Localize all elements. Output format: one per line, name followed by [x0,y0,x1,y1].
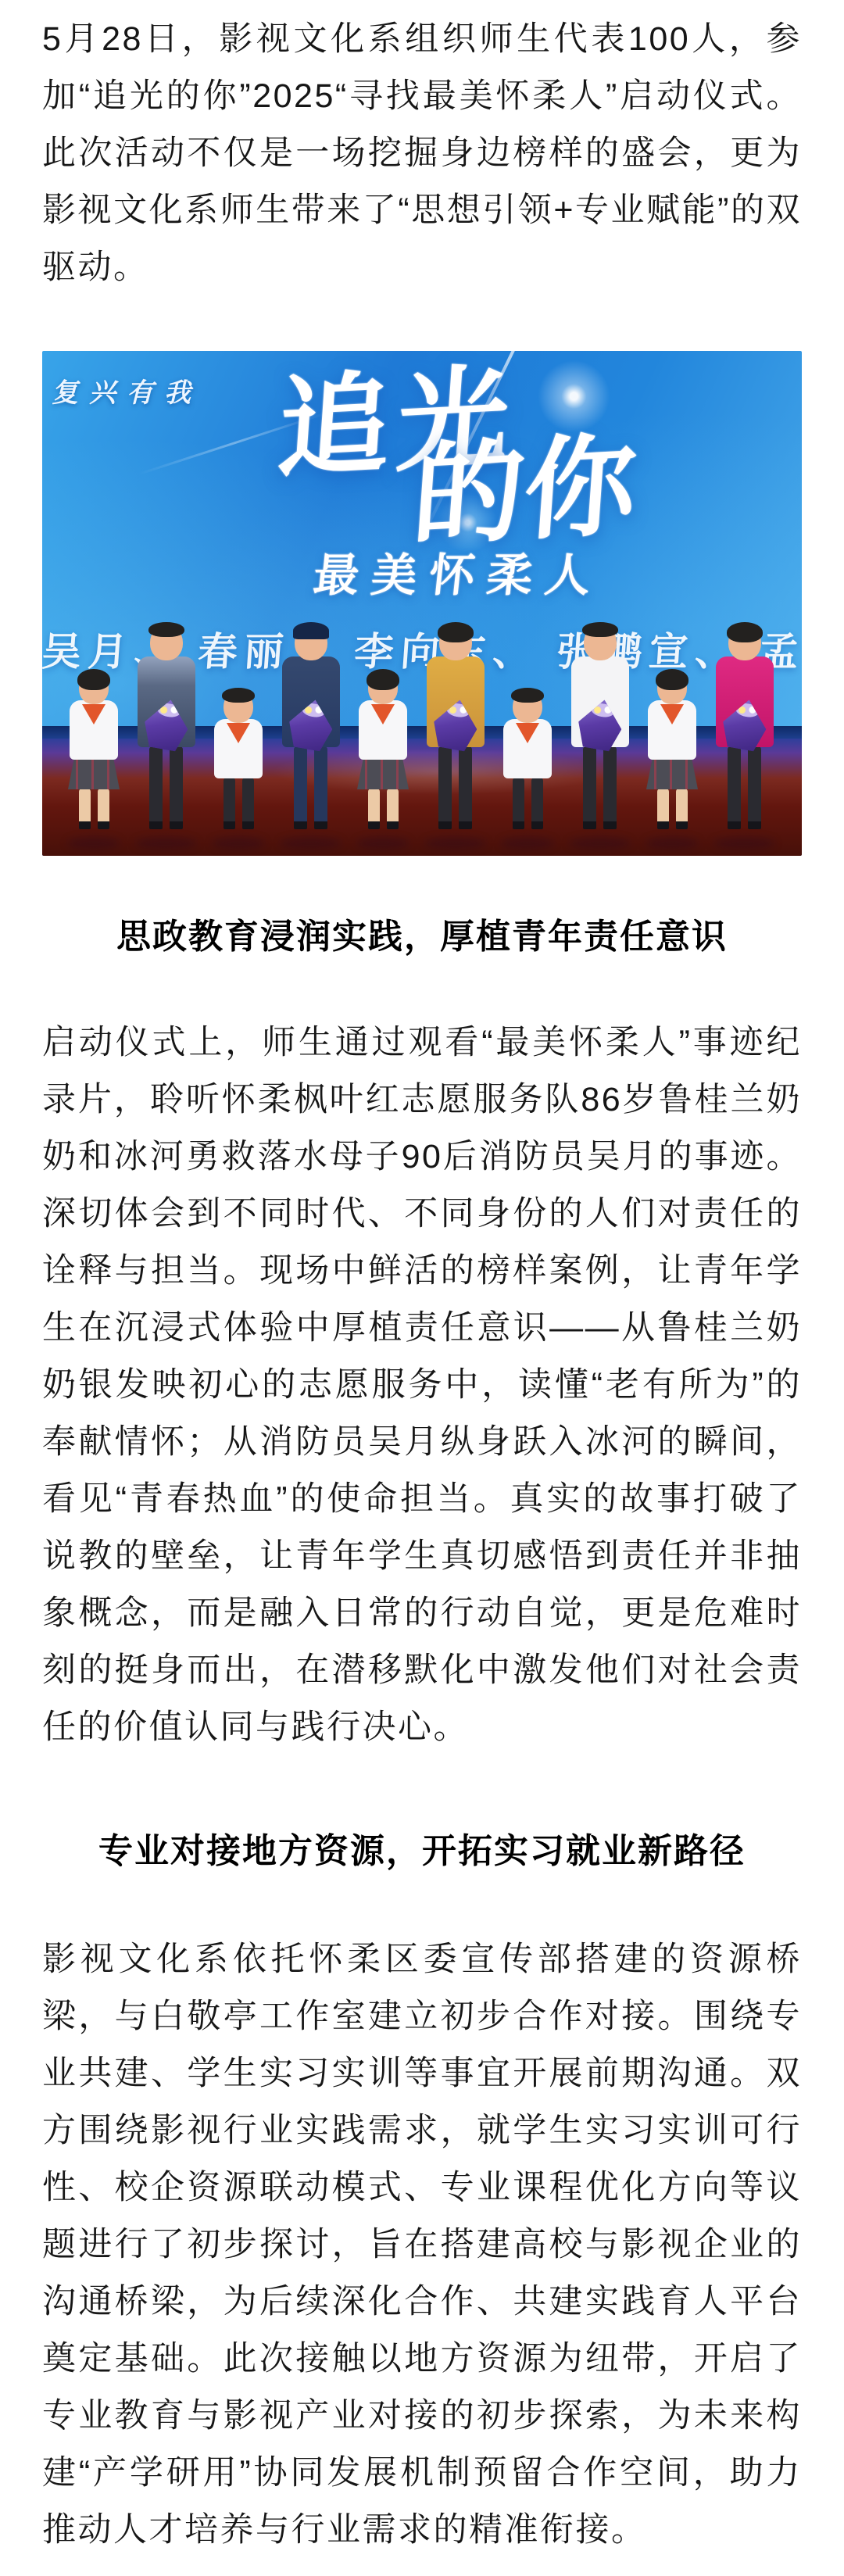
neckerchief [516,723,539,743]
photo-watermark: 复兴有我 [52,371,202,410]
honoree-man-white-figure [563,624,637,829]
student-boy-figure [207,690,270,829]
event-photo: 复兴有我 追光 的你 最美怀柔人 吴月、 春丽、 李向东、 张鹏宣、 孟春 [42,351,802,856]
person-head [584,624,617,660]
article-body: 5月28日，影视文化系组织师生代表100人，参加“追光的你”2025“寻找最美怀… [42,0,802,2559]
section-heading-2: 专业对接地方资源，开拓实习就业新路径 [42,1822,802,1880]
police-officer-figure [129,624,203,829]
neckerchief [82,704,105,724]
section-heading-1: 思政教育浸润实践，厚植青年责任意识 [42,907,802,966]
plaid-skirt [357,758,409,789]
person-legs [79,789,109,829]
person-legs [294,746,327,829]
person-head [728,624,761,660]
person-legs [728,746,761,829]
firefighter-figure [274,624,348,829]
plaid-skirt [646,758,698,789]
person-head [295,624,327,660]
photo-subtitle: 最美怀柔人 [311,538,607,604]
photo-main-title: 追光 的你 [269,356,645,560]
person-head [657,671,687,704]
person-head [513,690,542,723]
person-legs [438,746,472,829]
person-head [150,624,183,660]
person-head [439,624,472,660]
person-legs [224,778,254,829]
student-girl-figure [641,671,703,829]
person-legs [513,778,543,829]
plaid-skirt [68,758,120,789]
section-1-paragraph: 启动仪式上，师生通过观看“最美怀柔人”事迹纪录片，聆听怀柔枫叶红志愿服务队86岁… [42,1014,802,1756]
person-head [224,690,253,723]
section-2-paragraph: 影视文化系依托怀柔区委宣传部搭建的资源桥梁，与白敬亭工作室建立初步合作对接。围绕… [42,1931,802,2559]
person-legs [368,789,399,829]
honoree-woman-magenta-figure [707,624,781,829]
person-head [368,671,398,704]
person-legs [149,746,183,829]
student-girl-figure [63,671,125,829]
student-boy-figure [496,690,559,829]
photo-title-line2: 的你 [409,431,639,553]
neckerchief [660,704,684,724]
neckerchief [371,704,395,724]
neckerchief [227,723,250,743]
photo-people [42,624,802,829]
student-girl-figure [352,671,414,829]
person-head [79,671,109,704]
intro-paragraph: 5月28日，影视文化系组织师生代表100人，参加“追光的你”2025“寻找最美怀… [42,11,802,296]
person-legs [657,789,688,829]
person-legs [583,746,617,829]
honoree-woman-yellow-figure [418,624,492,829]
